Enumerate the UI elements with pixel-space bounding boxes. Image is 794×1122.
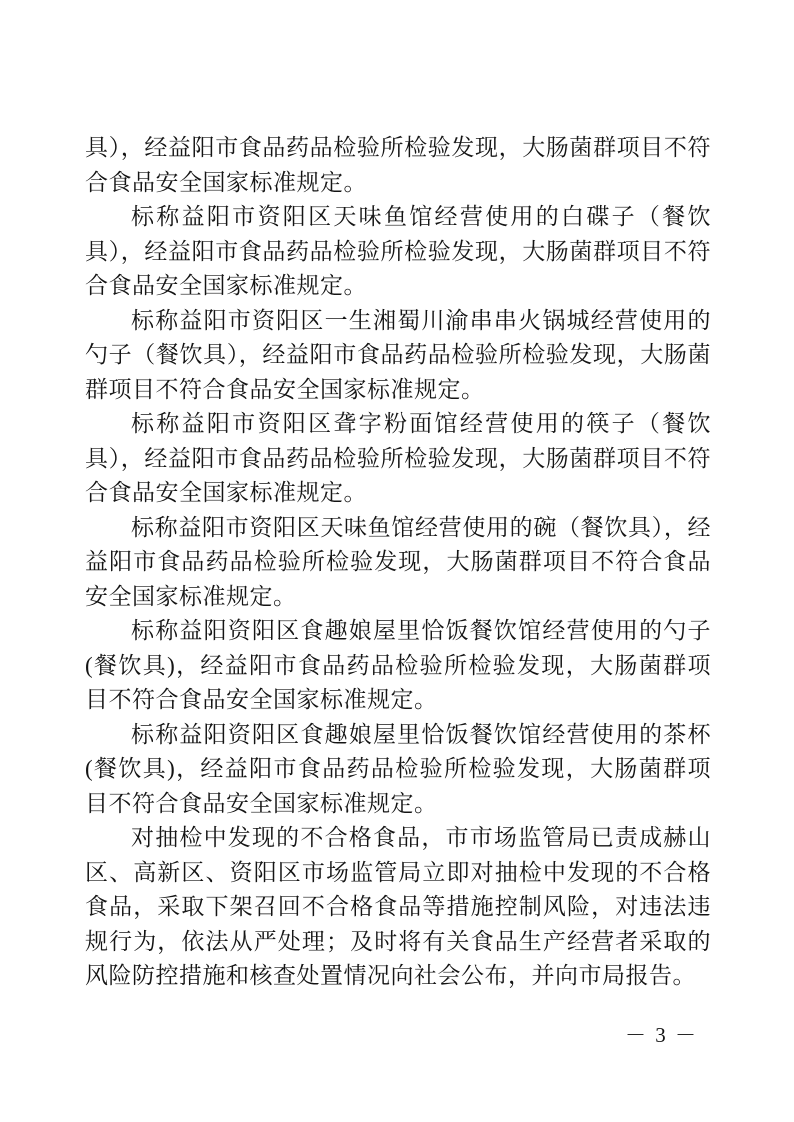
paragraph-continuation: 具），经益阳市食品药品检验所检验发现，大肠菌群项目不符合食品安全国家标准规定。	[85, 131, 711, 200]
paragraph-hotpot-spoon-finding: 标称益阳市资阳区一生湘蜀川渝串串火锅城经营使用的勺子（餐饮具），经益阳市食品药品…	[85, 304, 711, 408]
paragraph-fish-restaurant-bowl-finding: 标称益阳市资阳区天味鱼馆经营使用的碗（餐饮具），经益阳市食品药品检验所检验发现，…	[85, 511, 711, 615]
paragraph-noodle-shop-chopsticks-finding: 标称益阳市资阳区聋字粉面馆经营使用的筷子（餐饮具），经益阳市食品药品检验所检验发…	[85, 407, 711, 511]
document-page: 具），经益阳市食品药品检验所检验发现，大肠菌群项目不符合食品安全国家标准规定。 …	[0, 0, 794, 1122]
paragraph-white-plate-finding: 标称益阳市资阳区天味鱼馆经营使用的白碟子（餐饮具），经益阳市食品药品检验所检验发…	[85, 200, 711, 304]
document-body: 具），经益阳市食品药品检验所检验发现，大肠菌群项目不符合食品安全国家标准规定。 …	[85, 131, 711, 994]
paragraph-shiqu-spoon-finding: 标称益阳资阳区食趣娘屋里恰饭餐饮馆经营使用的勺子(餐饮具)，经益阳市食品药品检验…	[85, 614, 711, 718]
page-number: － 3 －	[625, 1019, 698, 1049]
paragraph-regulatory-actions: 对抽检中发现的不合格食品，市市场监管局已责成赫山区、高新区、资阳区市场监管局立即…	[85, 821, 711, 994]
paragraph-shiqu-teacup-finding: 标称益阳资阳区食趣娘屋里恰饭餐饮馆经营使用的茶杯(餐饮具)，经益阳市食品药品检验…	[85, 718, 711, 822]
